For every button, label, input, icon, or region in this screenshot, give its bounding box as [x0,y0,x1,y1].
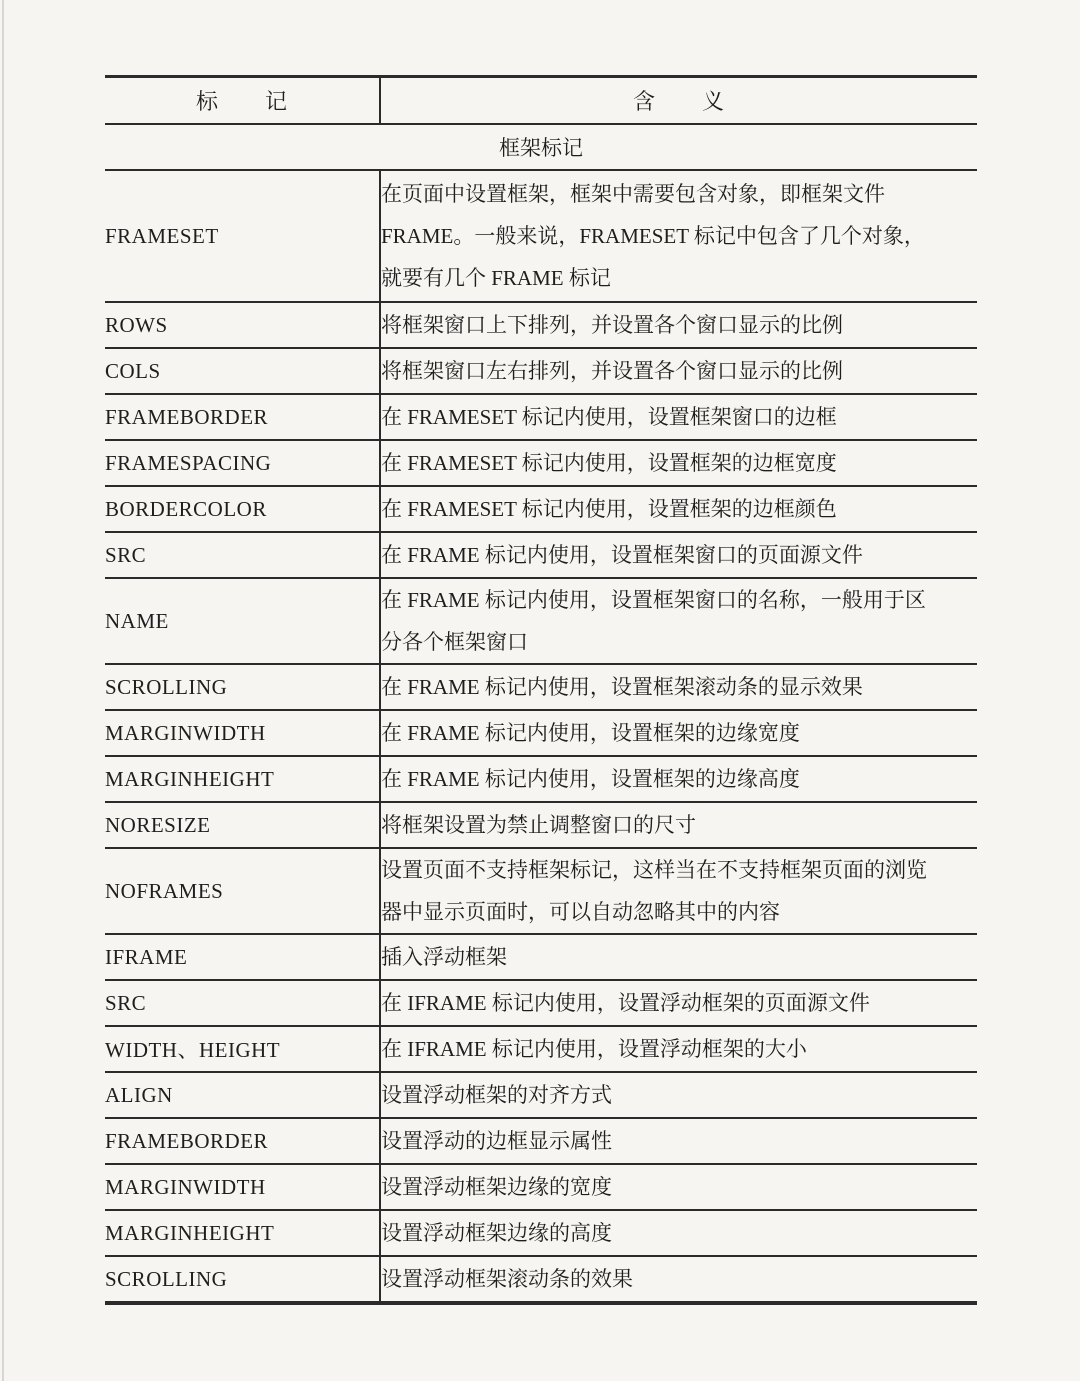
table-row: FRAMEBORDER 设置浮动的边框显示属性 [105,1118,977,1164]
scan-edge-line [2,0,4,1381]
section-title: 框架标记 [105,124,977,170]
tag-cell: SRC [105,980,380,1026]
meaning-cell: 在 FRAME 标记内使用，设置框架的边缘宽度 [380,710,977,756]
table-row: SRC 在 FRAME 标记内使用，设置框架窗口的页面源文件 [105,532,977,578]
table-row: SCROLLING 设置浮动框架滚动条的效果 [105,1256,977,1303]
table-row: WIDTH、HEIGHT 在 IFRAME 标记内使用，设置浮动框架的大小 [105,1026,977,1072]
table-row: COLS 将框架窗口左右排列，并设置各个窗口显示的比例 [105,348,977,394]
tag-cell: MARGINHEIGHT [105,756,380,802]
section-header-row: 框架标记 [105,124,977,170]
meaning-cell: 将框架设置为禁止调整窗口的尺寸 [380,802,977,848]
meaning-cell: 设置浮动框架边缘的高度 [380,1210,977,1256]
table-row: IFRAME 插入浮动框架 [105,934,977,980]
tag-cell: MARGINWIDTH [105,1164,380,1210]
tag-cell: MARGINWIDTH [105,710,380,756]
scanned-document-page: 标 记 含 义 框架标记 FRAMESET 在页面中设置框架，框架中需要包含对象… [0,0,1080,1381]
meaning-cell: 设置浮动的边框显示属性 [380,1118,977,1164]
tag-cell: SCROLLING [105,664,380,710]
meaning-cell: 在 FRAMESET 标记内使用，设置框架的边框宽度 [380,440,977,486]
table-row: FRAMESPACING 在 FRAMESET 标记内使用，设置框架的边框宽度 [105,440,977,486]
meaning-cell: 在 FRAME 标记内使用，设置框架窗口的页面源文件 [380,532,977,578]
meaning-cell: 设置浮动框架边缘的宽度 [380,1164,977,1210]
tag-cell: SCROLLING [105,1256,380,1303]
table-row: SRC 在 IFRAME 标记内使用，设置浮动框架的页面源文件 [105,980,977,1026]
meaning-cell: 在 IFRAME 标记内使用，设置浮动框架的大小 [380,1026,977,1072]
meaning-cell: 在 FRAME 标记内使用，设置框架窗口的名称，一般用于区 分各个框架窗口 [380,578,977,664]
meaning-cell: 设置页面不支持框架标记，这样当在不支持框架页面的浏览 器中显示页面时，可以自动忽… [380,848,977,934]
table-row: BORDERCOLOR 在 FRAMESET 标记内使用，设置框架的边框颜色 [105,486,977,532]
tag-cell: WIDTH、HEIGHT [105,1026,380,1072]
table-row: MARGINWIDTH 设置浮动框架边缘的宽度 [105,1164,977,1210]
tag-cell: FRAMESET [105,170,380,302]
tag-cell: SRC [105,532,380,578]
tag-cell: ALIGN [105,1072,380,1118]
column-header-tag: 标 记 [105,77,380,125]
meaning-cell: 在 FRAMESET 标记内使用，设置框架的边框颜色 [380,486,977,532]
table-row: FRAMESET 在页面中设置框架，框架中需要包含对象，即框架文件 FRAME。… [105,170,977,302]
table-row: NOFRAMES 设置页面不支持框架标记，这样当在不支持框架页面的浏览 器中显示… [105,848,977,934]
column-header-meaning: 含 义 [380,77,977,125]
tag-cell: IFRAME [105,934,380,980]
tag-cell: COLS [105,348,380,394]
tag-cell: FRAMESPACING [105,440,380,486]
tag-cell: NOFRAMES [105,848,380,934]
table-row: SCROLLING 在 FRAME 标记内使用，设置框架滚动条的显示效果 [105,664,977,710]
table-row: NORESIZE 将框架设置为禁止调整窗口的尺寸 [105,802,977,848]
table-row: ALIGN 设置浮动框架的对齐方式 [105,1072,977,1118]
frame-tags-table: 标 记 含 义 框架标记 FRAMESET 在页面中设置框架，框架中需要包含对象… [105,75,977,1305]
meaning-cell: 在 FRAMESET 标记内使用，设置框架窗口的边框 [380,394,977,440]
meaning-cell: 在页面中设置框架，框架中需要包含对象，即框架文件 FRAME。一般来说，FRAM… [380,170,977,302]
tag-cell: MARGINHEIGHT [105,1210,380,1256]
meaning-cell: 插入浮动框架 [380,934,977,980]
tag-cell: ROWS [105,302,380,348]
meaning-cell: 在 FRAME 标记内使用，设置框架滚动条的显示效果 [380,664,977,710]
meaning-cell: 设置浮动框架滚动条的效果 [380,1256,977,1303]
meaning-cell: 设置浮动框架的对齐方式 [380,1072,977,1118]
table-row: NAME 在 FRAME 标记内使用，设置框架窗口的名称，一般用于区 分各个框架… [105,578,977,664]
table-row: MARGINHEIGHT 设置浮动框架边缘的高度 [105,1210,977,1256]
tag-cell: NORESIZE [105,802,380,848]
table-row: ROWS 将框架窗口上下排列，并设置各个窗口显示的比例 [105,302,977,348]
table-row: FRAMEBORDER 在 FRAMESET 标记内使用，设置框架窗口的边框 [105,394,977,440]
tag-cell: FRAMEBORDER [105,394,380,440]
meaning-cell: 在 IFRAME 标记内使用，设置浮动框架的页面源文件 [380,980,977,1026]
meaning-cell: 将框架窗口上下排列，并设置各个窗口显示的比例 [380,302,977,348]
meaning-cell: 在 FRAME 标记内使用，设置框架的边缘高度 [380,756,977,802]
table-row: MARGINHEIGHT 在 FRAME 标记内使用，设置框架的边缘高度 [105,756,977,802]
table-row: MARGINWIDTH 在 FRAME 标记内使用，设置框架的边缘宽度 [105,710,977,756]
tag-cell: BORDERCOLOR [105,486,380,532]
tag-cell: FRAMEBORDER [105,1118,380,1164]
tag-cell: NAME [105,578,380,664]
meaning-cell: 将框架窗口左右排列，并设置各个窗口显示的比例 [380,348,977,394]
table-header-row: 标 记 含 义 [105,77,977,125]
